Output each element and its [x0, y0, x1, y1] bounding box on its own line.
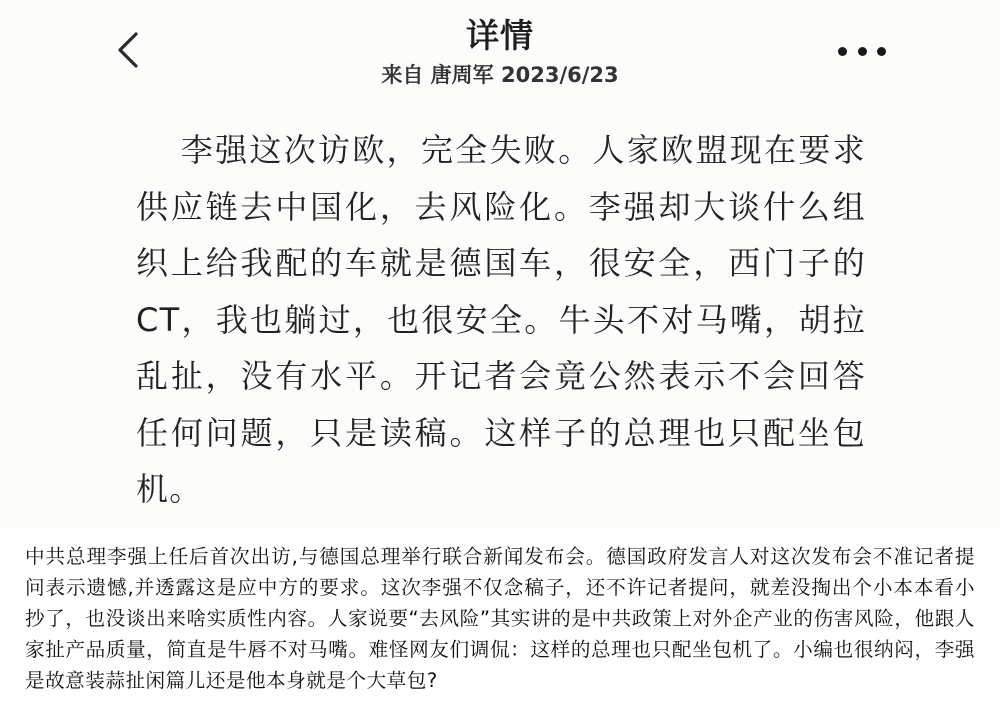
embedded-app-screenshot: 详情 来自 唐周军 2023/6/23 李强这次访欧，完全失败。人家欧盟现在要求…: [0, 0, 1000, 528]
more-horizontal-icon: [858, 47, 867, 56]
more-options-button[interactable]: [838, 40, 886, 62]
article-caption: 中共总理李强上任后首次出访,与德国总理举行联合新闻发布会。德国政府发言人对这次发…: [25, 541, 975, 696]
more-horizontal-icon: [838, 47, 847, 56]
post-source-date: 来自 唐周军 2023/6/23: [0, 60, 1000, 90]
more-horizontal-icon: [877, 47, 886, 56]
post-body-text: 李强这次访欧，完全失败。人家欧盟现在要求供应链去中国化，去风险化。李强却大谈什么…: [136, 122, 866, 518]
